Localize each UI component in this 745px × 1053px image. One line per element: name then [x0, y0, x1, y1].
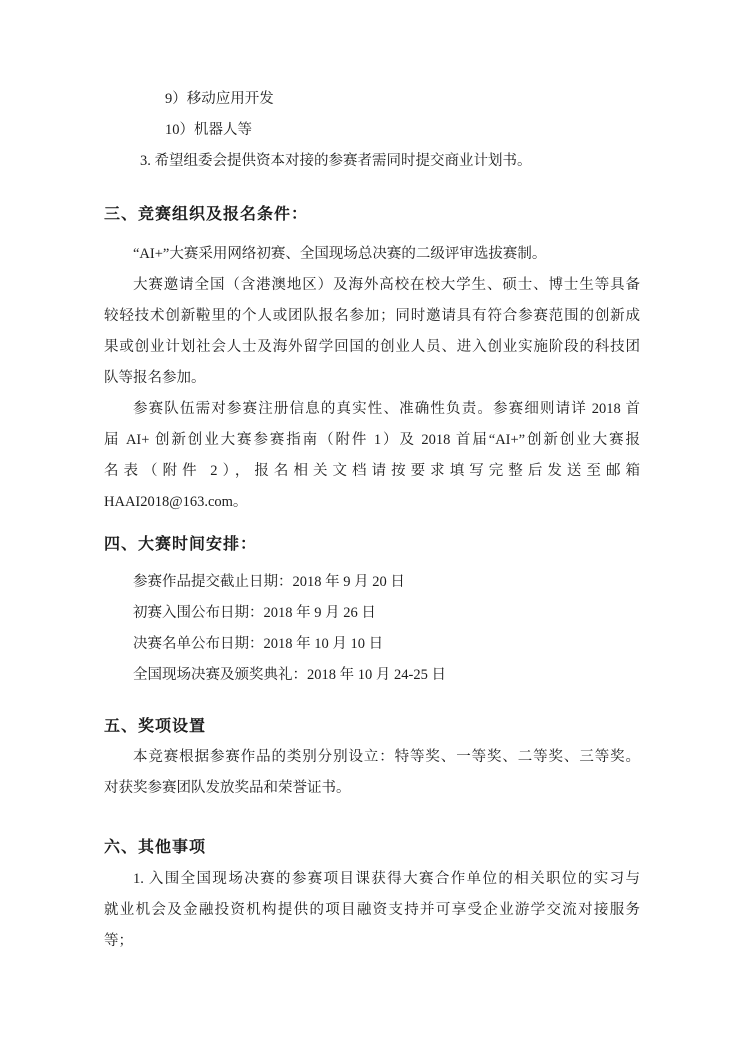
s3-para1: “AI+”大赛采用网络初赛、全国现场总决赛的二级评审选拔赛制。 — [104, 239, 640, 270]
s5-para1-line2: 对获奖参赛团队发放奖品和荣誉证书。 — [104, 773, 640, 804]
s3-para2-line3: 果或创业计划社会人士及海外留学回国的创业人员、进入创业实施阶段的科技团 — [104, 332, 640, 363]
schedule-finalist-list: 决赛名单公布日期：2018 年 10 月 10 日 — [104, 629, 640, 660]
contact-email: HAAI2018@163.com。 — [104, 487, 640, 518]
schedule-submission-deadline: 参赛作品提交截止日期：2018 年 9 月 20 日 — [104, 567, 640, 598]
s3-para3-line1: 参赛队伍需对参赛注册信息的真实性、准确性负责。参赛细则请详 2018 首 — [104, 394, 640, 425]
s3-para2-line2: 较轻技术创新鞡里的个人或团队报名参加；同时邀请具有符合参赛范围的创新成 — [104, 301, 640, 332]
s3-para2-line1: 大赛邀请全国（含港澳地区）及海外高校在校大学生、硕士、博士生等具备 — [104, 270, 640, 301]
list-item-9: 9）移动应用开发 — [104, 84, 640, 115]
s5-para1-line1: 本竞赛根据参赛作品的类别分别设立：特等奖、一等奖、二等奖、三等奖。 — [104, 742, 640, 773]
list-item-10: 10）机器人等 — [104, 115, 640, 146]
s3-para3-line3: 名表（附件 2），报名相关文档请按要求填写完整后发送至邮箱 — [104, 456, 640, 487]
s6-para1-line1: 1. 入围全国现场决赛的参赛项目课获得大赛合作单位的相关职位的实习与 — [104, 864, 640, 895]
schedule-preliminary-results: 初赛入围公布日期：2018 年 9 月 26 日 — [104, 598, 640, 629]
section-4-heading: 四、大赛时间安排： — [104, 529, 640, 560]
s3-para3-line2: 届 AI+ 创新创业大赛参赛指南（附件 1）及 2018 首届“AI+”创新创业… — [104, 425, 640, 456]
section-5-heading: 五、奖项设置 — [104, 711, 640, 742]
section-6-heading: 六、其他事项 — [104, 832, 640, 863]
document-page: 9）移动应用开发 10）机器人等 3. 希望组委会提供资本对接的参赛者需同时提交… — [0, 0, 745, 1053]
s6-para1-line3: 等； — [104, 926, 640, 957]
s3-para2-line4: 队等报名参加。 — [104, 363, 640, 394]
schedule-final-ceremony: 全国现场决赛及颁奖典礼：2018 年 10 月 24-25 日 — [104, 660, 640, 691]
note-item-3: 3. 希望组委会提供资本对接的参赛者需同时提交商业计划书。 — [104, 146, 640, 177]
s6-para1-line2: 就业机会及金融投资机构提供的项目融资支持并可享受企业游学交流对接服务 — [104, 895, 640, 926]
section-3-heading: 三、竞赛组织及报名条件： — [104, 199, 640, 230]
